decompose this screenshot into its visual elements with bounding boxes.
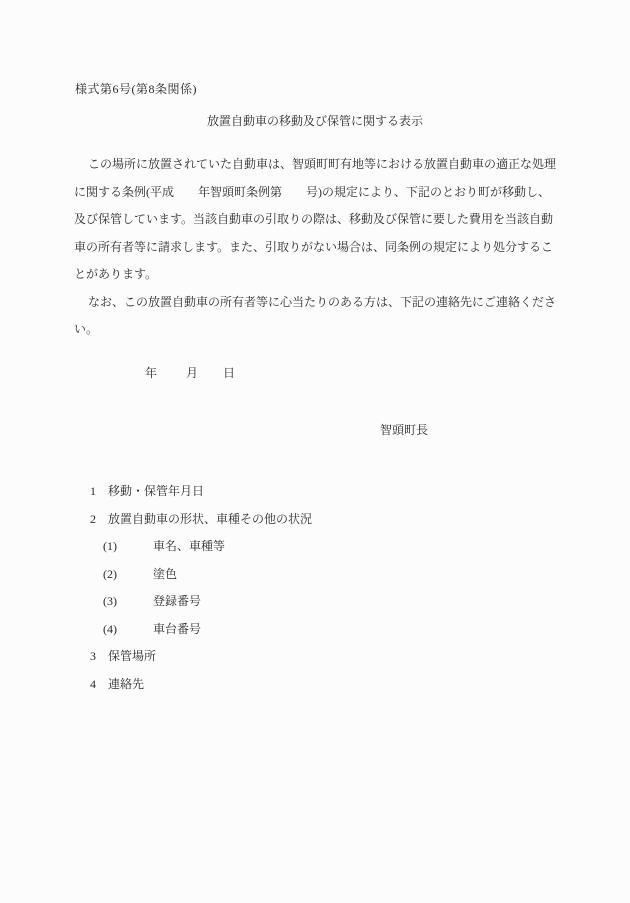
date-day-label: 日	[223, 366, 235, 380]
body-line: に関する条例(平成 年智頭町条例第 号)の規定により、下記のとおり町が移動し、	[74, 179, 558, 207]
list-item: (1) 車名、車種等	[0, 533, 630, 561]
list-item: (4) 車台番号	[0, 616, 630, 644]
list-item-label: 塗色	[153, 561, 177, 589]
form-number: 様式第6号(第8条関係)	[75, 82, 197, 96]
list-item: 1 移動・保管年月日	[0, 478, 630, 506]
list-item-label: 連絡先	[108, 671, 144, 699]
list-item-marker: (3)	[103, 588, 117, 616]
list-item-marker: 3	[90, 643, 96, 671]
list-item: 4 連絡先	[0, 671, 630, 699]
list-item-label: 保管場所	[108, 643, 156, 671]
date-year-label: 年	[145, 366, 157, 380]
list-item: (2) 塗色	[0, 561, 630, 589]
body-text: この場所に放置されていた自動車は、智頭町町有地等における放置自動車の適正な処理 …	[74, 151, 558, 344]
list-item-label: 放置自動車の形状、車種その他の状況	[108, 506, 312, 534]
list-item: (3) 登録番号	[0, 588, 630, 616]
list-item-marker: (2)	[103, 561, 117, 589]
body-line: とがあります。	[74, 261, 558, 289]
list-item: 2 放置自動車の形状、車種その他の状況	[0, 506, 630, 534]
date-line: 年 月 日	[0, 366, 630, 380]
body-line: なお、この放置自動車の所有者等に心当たりのある方は、下記の連絡先にご連絡くださ	[74, 289, 558, 317]
body-line: 及び保管しています。当該自動車の引取りの際は、移動及び保管に要した費用を当該自動	[74, 206, 558, 234]
list-item-marker: 4	[90, 671, 96, 699]
list-item-marker: (1)	[103, 533, 117, 561]
list-item-label: 車台番号	[153, 616, 201, 644]
body-line: 車の所有者等に請求します。また、引取りがない場合は、同条例の規定により処分するこ	[74, 234, 558, 262]
document-page: 様式第6号(第8条関係) 放置自動車の移動及び保管に関する表示 この場所に放置さ…	[0, 0, 630, 903]
document-title: 放置自動車の移動及び保管に関する表示	[0, 114, 630, 128]
list-item-marker: (4)	[103, 616, 117, 644]
list-item-label: 車名、車種等	[153, 533, 225, 561]
date-month-label: 月	[186, 366, 198, 380]
body-line: い。	[74, 316, 558, 344]
list-item-marker: 1	[90, 478, 96, 506]
list-item-label: 登録番号	[153, 588, 201, 616]
list-item: 3 保管場所	[0, 643, 630, 671]
signer-title: 智頭町長	[380, 423, 428, 437]
list-item-label: 移動・保管年月日	[108, 478, 204, 506]
body-line: この場所に放置されていた自動車は、智頭町町有地等における放置自動車の適正な処理	[74, 151, 558, 179]
list-item-marker: 2	[90, 506, 96, 534]
detail-list: 1 移動・保管年月日 2 放置自動車の形状、車種その他の状況 (1) 車名、車種…	[0, 478, 630, 698]
